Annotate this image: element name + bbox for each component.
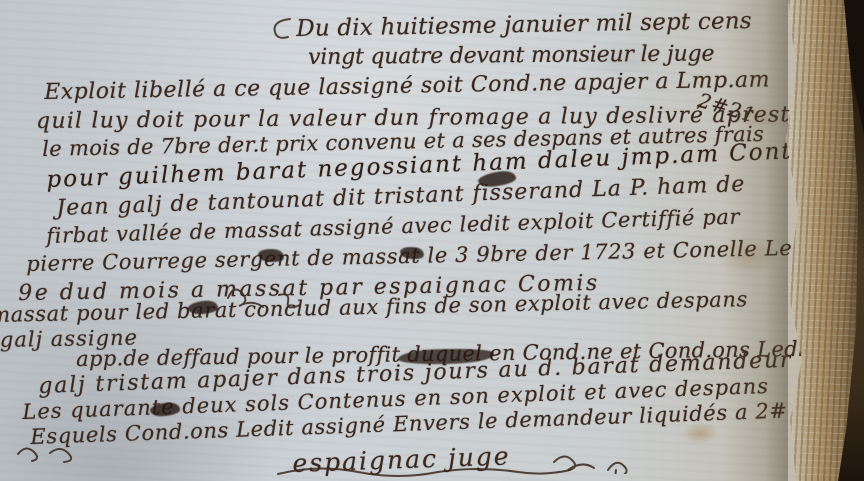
pen-squiggle [14, 440, 84, 464]
pen-squiggle [222, 280, 314, 310]
manuscript-photo: massat pour led barat conclud aux fins d… [0, 0, 864, 481]
heading-date-line: vingt quatre devant monsieur le juge [308, 41, 714, 70]
signature-flourish [274, 466, 574, 480]
page-curvature-shadow [722, 0, 788, 481]
pen-flourish [266, 14, 296, 42]
